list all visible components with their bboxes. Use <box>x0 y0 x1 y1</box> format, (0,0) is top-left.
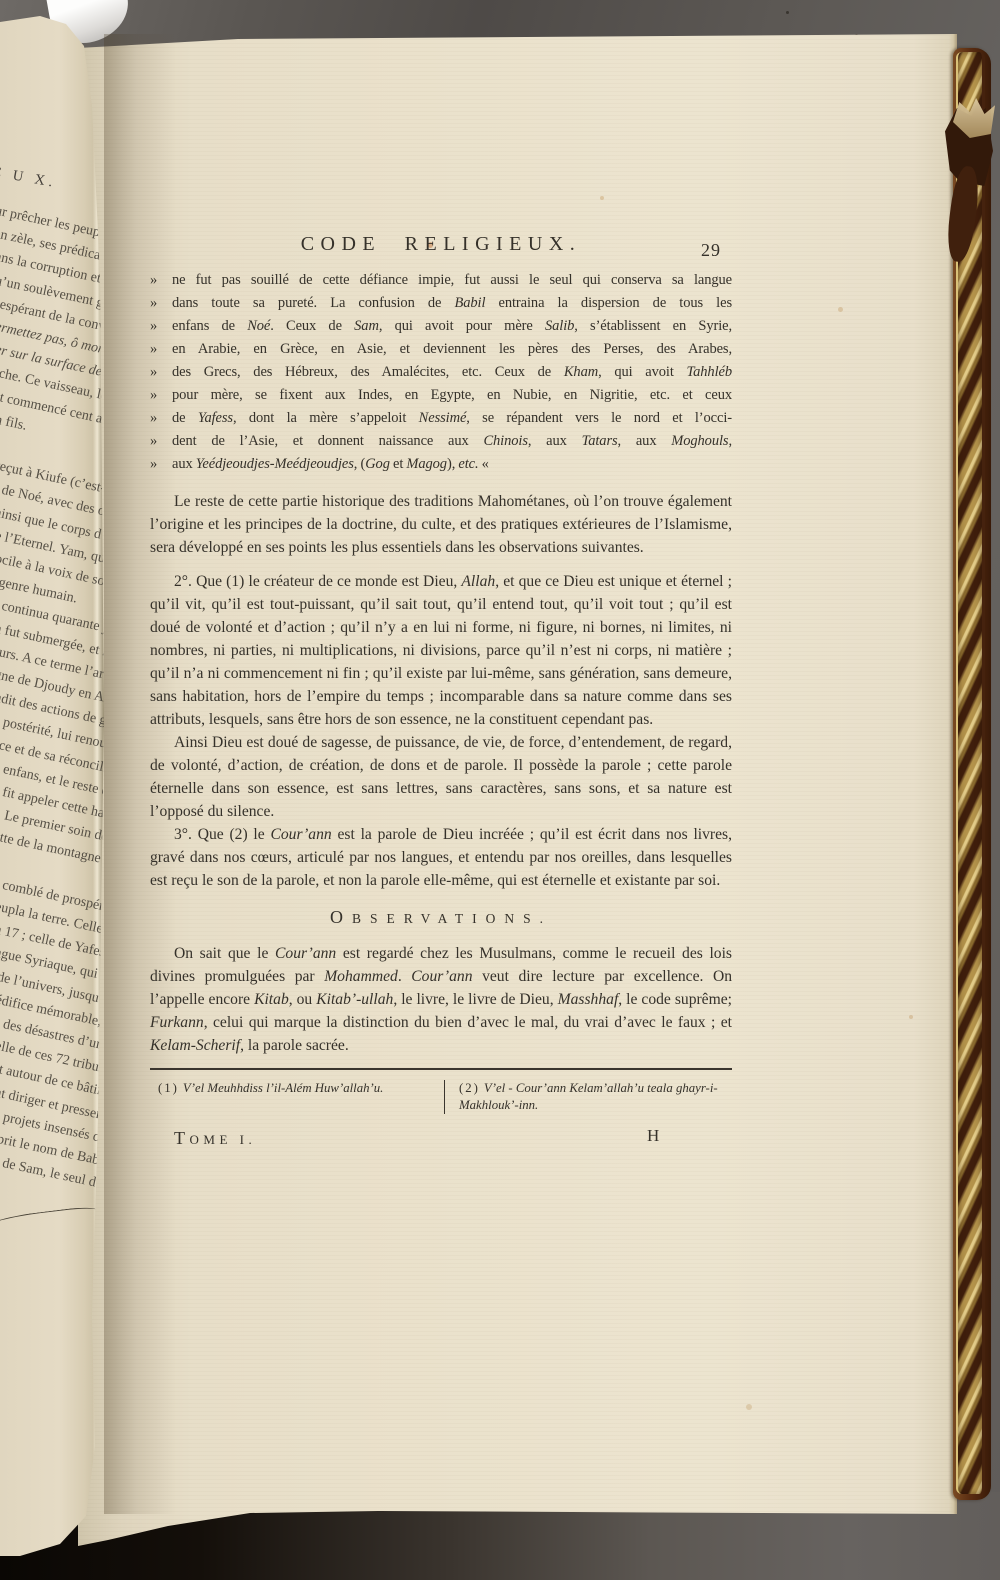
running-title: CODE RELIGIEUX. <box>150 233 732 256</box>
quote-guillemet: » <box>150 384 157 407</box>
footnote-line: V’el - Cour’ann Kelam’allah’u teala ghay… <box>484 1081 718 1095</box>
page-number: 29 <box>701 240 721 261</box>
quote-guillemet: » <box>150 315 157 338</box>
quote-guillemet: » <box>150 269 157 292</box>
footnote-1: (1)V’el Meuhhdiss l’il-Além Huw’allah’u. <box>150 1080 436 1114</box>
quote-line: »de Yafess, dont la mère s’appeloit Ness… <box>150 407 732 430</box>
previous-page-edge: E U X. our prêcher les peuples,son zèle,… <box>0 16 108 1556</box>
observations-heading: OBSERVATIONS. <box>150 907 732 928</box>
quote-line: »aux Yeédjeoudjes-Meédjeoudjes, (Gog et … <box>150 453 732 476</box>
footnote-area: (1)V’el Meuhhdiss l’il-Além Huw’allah’u.… <box>150 1080 732 1114</box>
typeset-content: CODE RELIGIEUX. 29 »ne fut pas souillé d… <box>150 233 732 1158</box>
quote-line: »ne fut pas souillé de cette défiance im… <box>150 269 732 292</box>
observations-paragraphs: On sait que le Cour’ann est regardé chez… <box>150 942 732 1057</box>
footnote-line: Makhlouk’-inn. <box>459 1098 538 1112</box>
previous-page-running-title-fragment: E U X. <box>0 164 58 192</box>
quote-guillemet: » <box>150 338 157 361</box>
quote-line: »enfans de Noé. Ceux de Sam, qui avoit p… <box>150 315 732 338</box>
quote-line: »des Grecs, des Hébreux, des Amalécites,… <box>150 361 732 384</box>
volume-label: TOME I. <box>174 1128 256 1149</box>
gilt-binding-edge <box>953 48 991 1500</box>
foxing-spot <box>600 196 604 200</box>
gilt-rope-pattern <box>956 52 985 1494</box>
body-paragraph: 2°. Que (1) le créateur de ce monde est … <box>150 570 732 731</box>
quote-guillemet: » <box>150 292 157 315</box>
quote-guillemet: » <box>150 361 157 384</box>
quoted-passage: »ne fut pas souillé de cette défiance im… <box>150 269 732 476</box>
quote-line: »en Arabie, en Grèce, en Asie, et devien… <box>150 338 732 361</box>
body-paragraph: Le reste de cette partie historique des … <box>150 490 732 559</box>
body-paragraph: On sait que le Cour’ann est regardé chez… <box>150 942 732 1057</box>
body-paragraphs: Le reste de cette partie historique des … <box>150 490 732 892</box>
page-footer: TOME I. H <box>150 1128 732 1158</box>
quote-line: »pour mère, se fixent aux Indes, en Egyp… <box>150 384 732 407</box>
body-paragraph: 3°. Que (2) le Cour’ann est la parole de… <box>150 823 732 892</box>
footnote-line: V’el Meuhhdiss l’il-Além Huw’allah’u. <box>183 1081 383 1095</box>
foxing-spot <box>746 1404 752 1410</box>
footnote-rule <box>150 1068 732 1070</box>
quote-line: »dent de l’Asie, et donnent naissance au… <box>150 430 732 453</box>
quote-line: »dans toute sa pureté. La confusion de B… <box>150 292 732 315</box>
quote-guillemet: » <box>150 407 157 430</box>
footnote-1-label: (1) <box>158 1081 179 1095</box>
footnote-2-label: (2) <box>459 1081 480 1095</box>
dust-speck <box>786 11 789 14</box>
quote-guillemet: » <box>150 430 157 453</box>
previous-page-footnote-rule <box>0 1205 99 1236</box>
footnote-2: (2)V’el - Cour’ann Kelam’allah’u teala g… <box>444 1080 732 1114</box>
quote-guillemet: » <box>150 453 157 476</box>
page-header: CODE RELIGIEUX. 29 <box>150 233 732 263</box>
previous-page-line: on fils. <box>0 411 28 434</box>
foxing-spot <box>838 307 843 312</box>
body-paragraph: Ainsi Dieu est doué de sagesse, de puiss… <box>150 731 732 823</box>
signature-letter: H <box>647 1126 659 1146</box>
book-page-photo: E U X. our prêcher les peuples,son zèle,… <box>0 0 1000 1580</box>
foxing-spot <box>909 1015 913 1019</box>
